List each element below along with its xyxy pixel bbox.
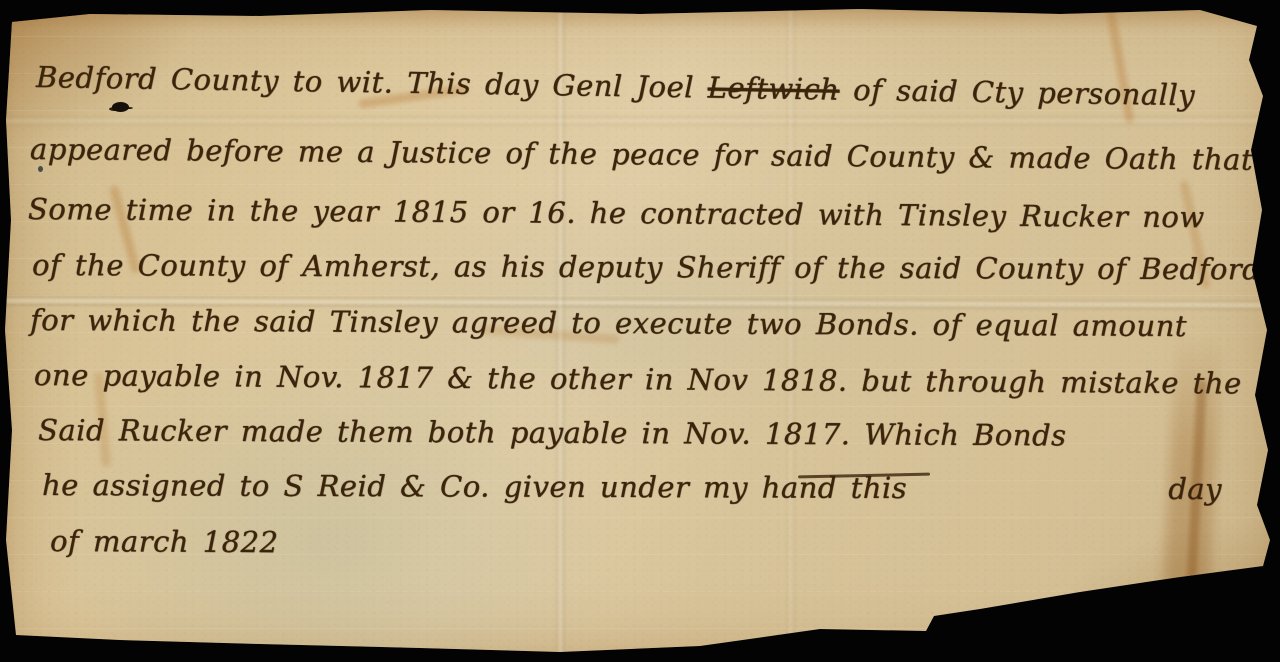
manuscript-line-4: of the County of Amherst, as his deputy … [32,248,1261,286]
day-word: day [1168,472,1222,506]
line8-text: he assigned to S Reid & Co. given under … [42,468,907,505]
ink-speck [38,166,43,172]
struck-word-leftwich: Leftwich [707,71,839,107]
manuscript-line-9: of march 1822 [50,524,279,559]
manuscript-paper: Bedford County to wit. This day Genl Joe… [0,0,1280,662]
line1-text-after: of said Cty personally [839,73,1195,113]
manuscript-line-5: for which the said Tinsley agreed to exe… [30,303,1187,343]
manuscript-line-7: Said Rucker made them both payable in No… [38,413,1067,452]
ink-blot [112,102,129,112]
scanned-document: Bedford County to wit. This day Genl Joe… [0,0,1280,662]
manuscript-line-8: he assigned to S Reid & Co. given under … [42,468,1222,506]
